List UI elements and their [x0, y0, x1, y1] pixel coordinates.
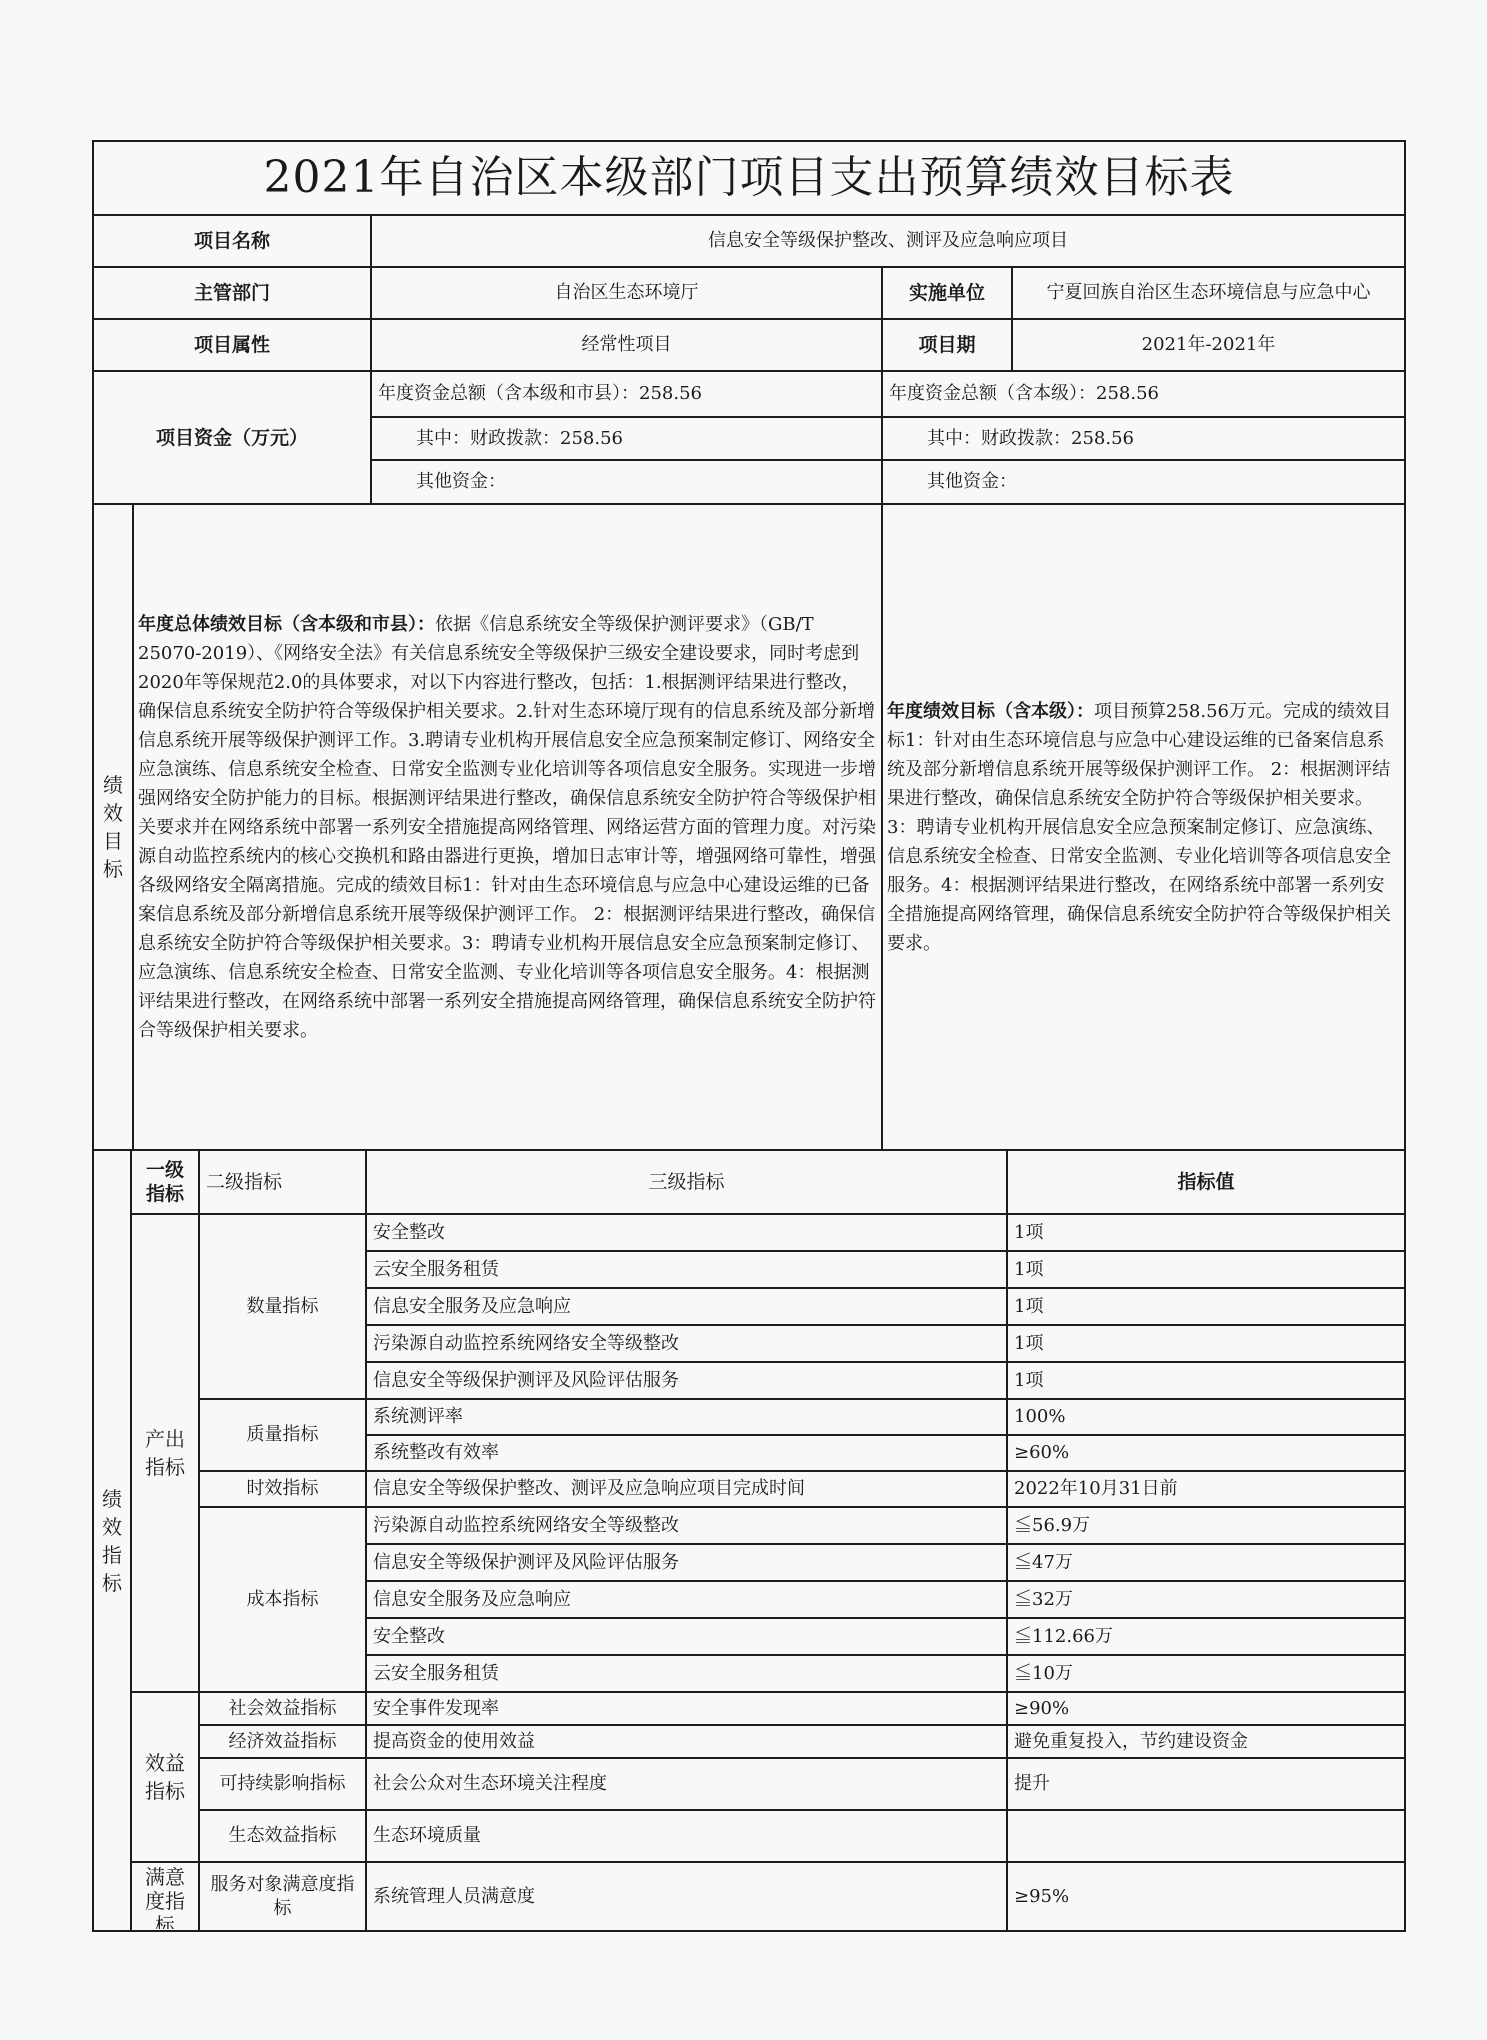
sub-social: 社会效益指标: [199, 1692, 366, 1725]
indicator-value: ≥60%: [1007, 1435, 1405, 1471]
indicator-value: ≦112.66万: [1007, 1618, 1405, 1655]
overall-goal-heading: 年度总体绩效目标（含本级和市县）：: [138, 614, 435, 635]
indicator-value: ≥95%: [1007, 1862, 1405, 1931]
indicator-value: 1项: [1007, 1325, 1405, 1362]
indicator-name: 污染源自动监控系统网络安全等级整改: [366, 1325, 1007, 1362]
sub-timeliness: 时效指标: [199, 1471, 366, 1507]
indicator-name: 系统管理人员满意度: [366, 1862, 1007, 1931]
indicator-name: 信息安全等级保护测评及风险评估服务: [366, 1362, 1007, 1399]
goals-section-label: 绩效目标: [93, 504, 133, 1150]
group-satisfaction: 满意度指标: [131, 1862, 199, 1931]
header-value: 指标值: [1007, 1150, 1405, 1214]
indicator-value: 1项: [1007, 1214, 1405, 1251]
funds-other-self: 其他资金：: [882, 460, 1405, 504]
sub-quantity: 数量指标: [199, 1214, 366, 1399]
indicator-name: 信息安全服务及应急响应: [366, 1288, 1007, 1325]
indicator-value: 100%: [1007, 1399, 1405, 1435]
indicator-name: 提高资金的使用效益: [366, 1725, 1007, 1758]
indicator-value: ≦47万: [1007, 1544, 1405, 1581]
sub-economic: 经济效益指标: [199, 1725, 366, 1758]
period-value: 2021年-2021年: [1012, 319, 1405, 371]
self-goal: 年度绩效目标（含本级）：项目预算258.56万元。完成的绩效目标1：针对由生态环…: [882, 504, 1405, 1150]
header-level2: 二级指标: [199, 1150, 366, 1214]
header-level3: 三级指标: [366, 1150, 1007, 1214]
indicator-value: 避免重复投入，节约建设资金: [1007, 1725, 1405, 1758]
indicator-value: ≦10万: [1007, 1655, 1405, 1692]
indicator-name: 生态环境质量: [366, 1810, 1007, 1862]
impl-value: 宁夏回族自治区生态环境信息与应急中心: [1012, 267, 1405, 319]
funds-total-all: 年度资金总额（含本级和市县）：258.56: [371, 371, 882, 417]
indicator-name: 系统整改有效率: [366, 1435, 1007, 1471]
funds-other-all: 其他资金：: [371, 460, 882, 504]
impl-label: 实施单位: [882, 267, 1012, 319]
indicator-name: 云安全服务租赁: [366, 1251, 1007, 1288]
dept-label: 主管部门: [93, 267, 371, 319]
indicator-name: 社会公众对生态环境关注程度: [366, 1758, 1007, 1810]
sub-service: 服务对象满意度指标: [199, 1862, 366, 1931]
indicator-name: 云安全服务租赁: [366, 1655, 1007, 1692]
indicator-value: 1项: [1007, 1251, 1405, 1288]
funds-total-self: 年度资金总额（含本级）：258.56: [882, 371, 1405, 417]
header-level1: 一级指标: [131, 1150, 199, 1214]
attr-value: 经常性项目: [371, 319, 882, 371]
project-name-value: 信息安全等级保护整改、测评及应急响应项目: [371, 215, 1405, 267]
indicator-name: 信息安全等级保护整改、测评及应急响应项目完成时间: [366, 1471, 1007, 1507]
indicator-name: 安全整改: [366, 1214, 1007, 1251]
indicator-name: 信息安全服务及应急响应: [366, 1581, 1007, 1618]
overall-goal-text: 依据《信息系统安全等级保护测评要求》（GB/T 25070-2019）、《网络安…: [138, 614, 876, 1041]
indicator-name: 安全事件发现率: [366, 1692, 1007, 1725]
self-goal-heading: 年度绩效目标（含本级）：: [887, 701, 1094, 722]
indicator-value: ≥90%: [1007, 1692, 1405, 1725]
sub-cost: 成本指标: [199, 1507, 366, 1692]
indicator-value: [1007, 1810, 1405, 1862]
period-label: 项目期: [882, 319, 1012, 371]
indicator-value: 2022年10月31日前: [1007, 1471, 1405, 1507]
indicator-name: 安全整改: [366, 1618, 1007, 1655]
info-table: 2021年自治区本级部门项目支出预算绩效目标表 项目名称 信息安全等级保护整改、…: [92, 140, 1406, 1151]
performance-target-sheet: 2021年自治区本级部门项目支出预算绩效目标表 项目名称 信息安全等级保护整改、…: [92, 140, 1404, 1932]
indicator-name: 污染源自动监控系统网络安全等级整改: [366, 1507, 1007, 1544]
sub-sustainable: 可持续影响指标: [199, 1758, 366, 1810]
project-name-label: 项目名称: [93, 215, 371, 267]
page-title: 2021年自治区本级部门项目支出预算绩效目标表: [93, 141, 1405, 215]
group-output: 产出指标: [131, 1214, 199, 1692]
indicator-value: 1项: [1007, 1288, 1405, 1325]
attr-label: 项目属性: [93, 319, 371, 371]
funds-fiscal-self: 其中：财政拨款：258.56: [882, 417, 1405, 460]
indicator-value: 1项: [1007, 1362, 1405, 1399]
sub-ecological: 生态效益指标: [199, 1810, 366, 1862]
indicators-section-label: 绩效指标: [93, 1150, 131, 1931]
group-benefit: 效益指标: [131, 1692, 199, 1862]
indicator-name: 系统测评率: [366, 1399, 1007, 1435]
indicator-value: ≦56.9万: [1007, 1507, 1405, 1544]
indicator-value: ≦32万: [1007, 1581, 1405, 1618]
funds-fiscal-all: 其中：财政拨款：258.56: [371, 417, 882, 460]
indicator-table: 绩效指标 一级指标 二级指标 三级指标 指标值 产出指标 数量指标 安全整改 1…: [92, 1149, 1406, 1932]
indicator-value: 提升: [1007, 1758, 1405, 1810]
sub-quality: 质量指标: [199, 1399, 366, 1471]
self-goal-text: 项目预算258.56万元。完成的绩效目标1：针对由生态环境信息与应急中心建设运维…: [887, 701, 1391, 954]
indicator-name: 信息安全等级保护测评及风险评估服务: [366, 1544, 1007, 1581]
overall-goal: 年度总体绩效目标（含本级和市县）：依据《信息系统安全等级保护测评要求》（GB/T…: [133, 504, 882, 1150]
funds-label: 项目资金（万元）: [93, 371, 371, 504]
dept-value: 自治区生态环境厅: [371, 267, 882, 319]
